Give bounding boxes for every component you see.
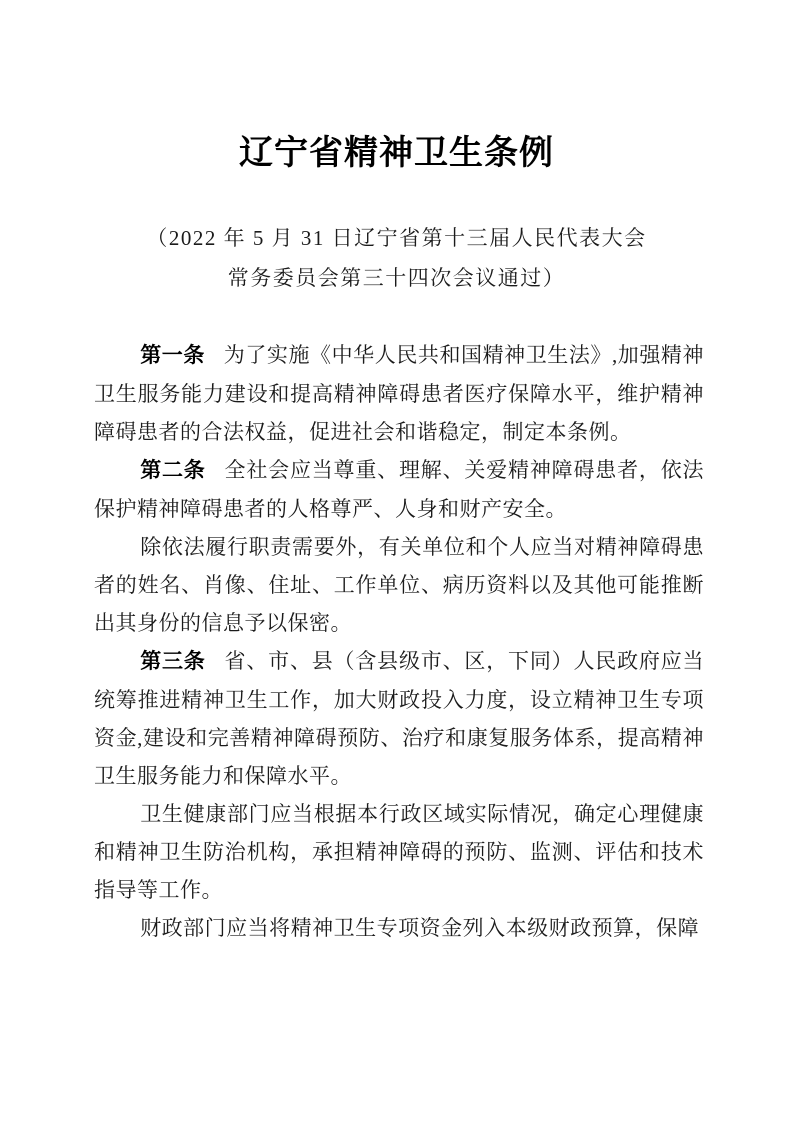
body-paragraph: 第二条全社会应当尊重、理解、关爱精神障碍患者，依法保护精神障碍患者的人格尊严、人… xyxy=(94,451,704,528)
paragraph-text: 财政部门应当将精神卫生专项资金列入本级财政预算，保障 xyxy=(140,916,699,940)
body-paragraph: 除依法履行职责需要外，有关单位和个人应当对精神障碍患者的姓名、肖像、住址、工作单… xyxy=(94,528,704,642)
body-paragraph: 卫生健康部门应当根据本行政区域实际情况，确定心理健康和精神卫生防治机构，承担精神… xyxy=(94,795,704,909)
passage-note-line-2: 常务委员会第三十四次会议通过） xyxy=(0,258,793,298)
body-paragraph: 第三条省、市、县（含县级市、区，下同）人民政府应当统筹推进精神卫生工作，加大财政… xyxy=(94,642,704,795)
document-page: 辽宁省精神卫生条例 （2022 年 5 月 31 日辽宁省第十三届人民代表大会 … xyxy=(0,0,793,1122)
passage-note-line-1: （2022 年 5 月 31 日辽宁省第十三届人民代表大会 xyxy=(0,218,793,258)
body-paragraph: 第一条为了实施《中华人民共和国精神卫生法》,加强精神卫生服务能力建设和提高精神障… xyxy=(94,336,704,451)
paragraph-text: 除依法履行职责需要外，有关单位和个人应当对精神障碍患者的姓名、肖像、住址、工作单… xyxy=(94,535,704,635)
document-title: 辽宁省精神卫生条例 xyxy=(0,136,793,172)
body-paragraph: 财政部门应当将精神卫生专项资金列入本级财政预算，保障 xyxy=(94,909,704,947)
article-number-label: 第三条 xyxy=(140,650,205,673)
article-number-label: 第二条 xyxy=(140,459,205,482)
document-body: 第一条为了实施《中华人民共和国精神卫生法》,加强精神卫生服务能力建设和提高精神障… xyxy=(94,336,704,947)
paragraph-text: 卫生健康部门应当根据本行政区域实际情况，确定心理健康和精神卫生防治机构，承担精神… xyxy=(94,802,704,902)
passage-note: （2022 年 5 月 31 日辽宁省第十三届人民代表大会 常务委员会第三十四次… xyxy=(0,218,793,298)
article-number-label: 第一条 xyxy=(140,344,205,367)
